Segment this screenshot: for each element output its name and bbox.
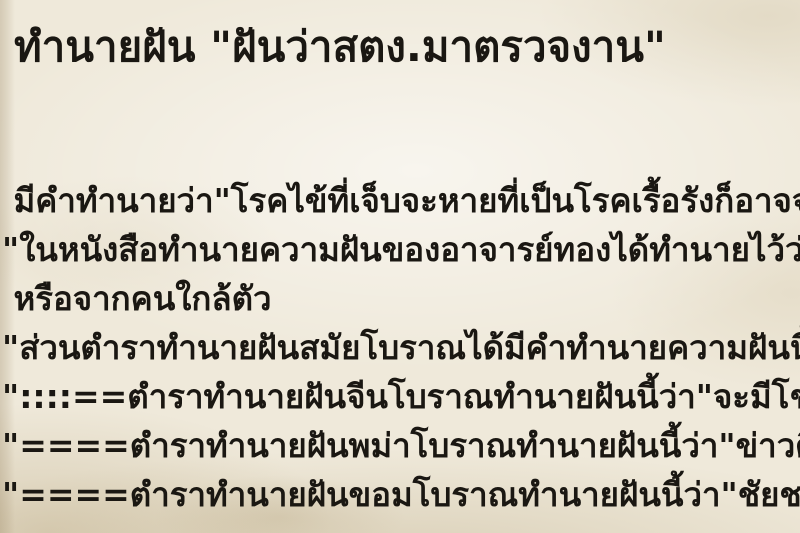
body-line: "====ตำราทำนายฝันขอมโบราณทำนายฝันนี้ว่า"…	[2, 470, 800, 519]
body-line: "ในหนังสือทำนายความฝันของอาจารย์ทองได้ทำ…	[2, 225, 800, 274]
paper-page: ทำนายฝัน "ฝันว่าสตง.มาตรวจงาน" มีคำทำนาย…	[0, 0, 800, 533]
body-line: "::::==ตำราทำนายฝันจีนโบราณทำนายฝันนี้ว่…	[2, 372, 800, 421]
body-line: "====ตำราทำนายฝันพม่าโบราณทำนายฝันนี้ว่า…	[2, 421, 800, 470]
page-title: ทำนายฝัน "ฝันว่าสตง.มาตรวจงาน"	[14, 16, 666, 78]
interpretation-text: มีคำทำนายว่า"โรคไข้ที่เจ็บจะหายที่เป็นโร…	[2, 176, 800, 519]
body-line: หรือจากคนใกล้ตัว	[2, 274, 800, 323]
body-line: "ส่วนตำราทำนายฝันสมัยโบราณได้มีคำทำนายคว…	[2, 323, 800, 372]
body-line: มีคำทำนายว่า"โรคไข้ที่เจ็บจะหายที่เป็นโร…	[2, 176, 800, 225]
